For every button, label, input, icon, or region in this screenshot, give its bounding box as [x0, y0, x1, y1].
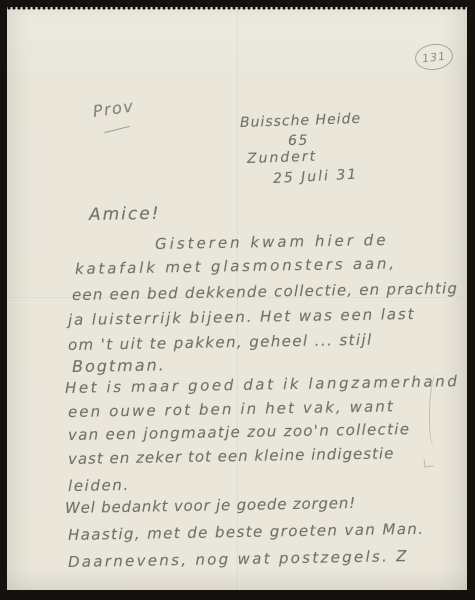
margin-pencil-hook — [424, 459, 434, 468]
body-line: Het is maar goed dat ik langzamerhand — [65, 372, 460, 397]
address-line-number: 65 — [288, 133, 309, 149]
body-line: Wel bedankt voor je goede zorgen! — [65, 494, 356, 517]
body-line: Gisteren kwam hier de — [155, 231, 389, 253]
address-line-street: Buissche Heide — [240, 111, 362, 131]
body-line: ja luisterrijk bijeen. Het was een last — [68, 305, 416, 329]
body-line: een ouwe rot ben in het vak, want — [68, 397, 395, 421]
provenance-underline — [104, 126, 129, 133]
date-line: 25 Juli 31 — [273, 167, 359, 187]
body-line: van een jongmaatje zou zoo'n collectie — [68, 420, 411, 444]
closing-line-signature: Daarnevens, nog wat postzegels. Z — [68, 547, 409, 571]
address-line-city: Zundert — [247, 149, 318, 167]
provenance-mark: Prov — [92, 96, 136, 121]
body-line: een een bed dekkende collectie, en prach… — [72, 279, 459, 304]
archive-number: 131 — [421, 49, 446, 65]
body-line: katafalk met glasmonsters aan, — [75, 254, 397, 278]
body-line: vast en zeker tot een kleine indigestie — [68, 444, 395, 468]
body-line: leiden. — [68, 476, 130, 495]
letter-paper: 131 Prov Buissche Heide 65 Zundert 25 Ju… — [7, 7, 467, 590]
archive-number-badge: 131 — [414, 42, 455, 72]
scanned-letter-photo: 131 Prov Buissche Heide 65 Zundert 25 Ju… — [0, 0, 475, 600]
salutation: Amice! — [89, 204, 161, 225]
body-line: om 't uit te pakken, geheel ... stijl — [68, 331, 373, 354]
body-line: Bogtman. — [72, 355, 166, 376]
closing-line: Haastig, met de beste groeten van Man. — [68, 520, 425, 544]
